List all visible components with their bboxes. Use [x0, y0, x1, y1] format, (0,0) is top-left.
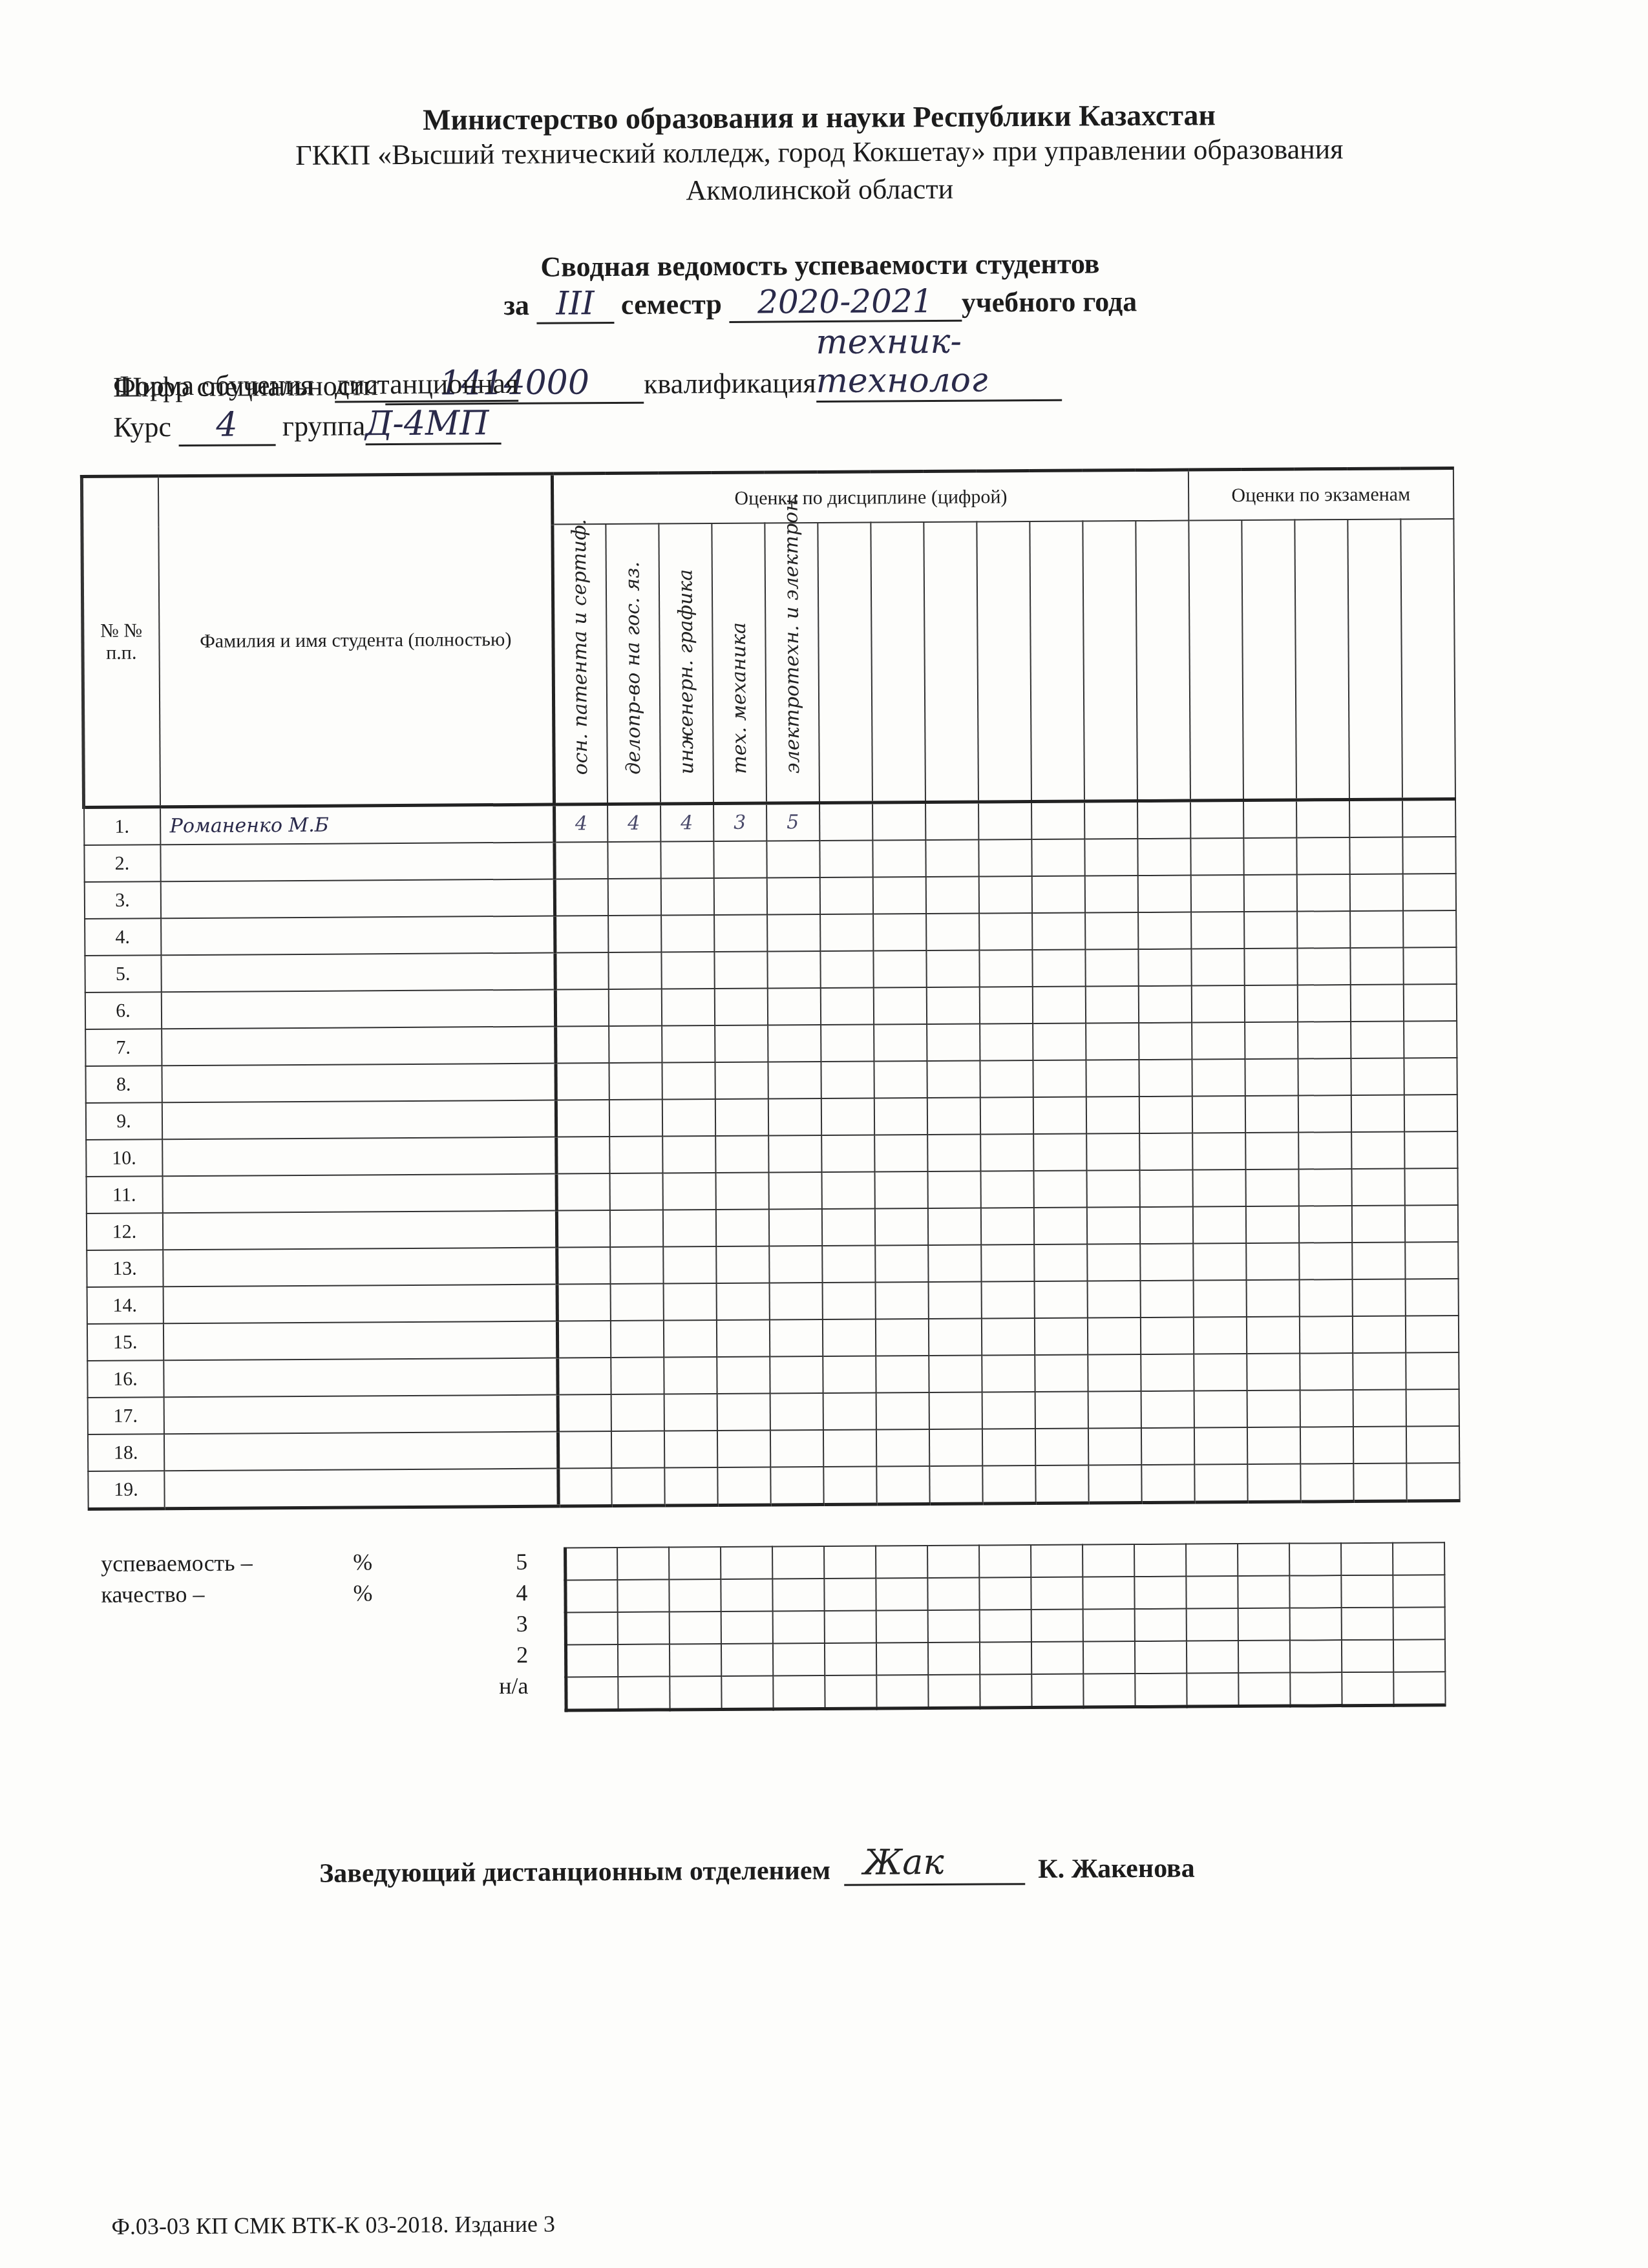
- student-name-cell[interactable]: [164, 1469, 558, 1509]
- grade-cell[interactable]: [555, 952, 608, 989]
- summary-cell[interactable]: [1186, 1544, 1238, 1576]
- grade-cell[interactable]: [609, 1210, 662, 1247]
- grade-cell[interactable]: [874, 1024, 927, 1061]
- grade-cell[interactable]: [608, 916, 661, 952]
- grade-cell[interactable]: [1245, 1133, 1298, 1170]
- grade-cell[interactable]: [823, 1430, 876, 1467]
- grade-cell[interactable]: [664, 1357, 717, 1394]
- grade-cell[interactable]: [1192, 1133, 1245, 1170]
- grade-cell[interactable]: [875, 1319, 928, 1356]
- grade-cell[interactable]: [717, 1431, 770, 1467]
- grade-cell[interactable]: [1035, 1465, 1088, 1504]
- grade-cell[interactable]: [874, 1061, 927, 1098]
- student-name-cell[interactable]: [163, 1321, 557, 1361]
- summary-cell[interactable]: [721, 1644, 773, 1676]
- grade-cell[interactable]: [1191, 912, 1244, 949]
- grade-cell[interactable]: [715, 1099, 768, 1136]
- summary-cell[interactable]: [1393, 1542, 1445, 1575]
- grade-cell[interactable]: [874, 1098, 927, 1135]
- grade-cell[interactable]: [1297, 948, 1350, 985]
- grade-cell[interactable]: [1192, 1096, 1245, 1133]
- summary-cell[interactable]: [1238, 1608, 1289, 1641]
- grade-cell[interactable]: [1299, 1279, 1352, 1316]
- grade-cell[interactable]: [609, 1063, 662, 1100]
- grade-cell[interactable]: [1349, 799, 1402, 837]
- grade-cell[interactable]: [1141, 1391, 1194, 1429]
- grade-cell[interactable]: [607, 842, 660, 879]
- summary-cell[interactable]: [980, 1642, 1031, 1674]
- grade-cell[interactable]: [1402, 799, 1455, 837]
- grade-cell[interactable]: [822, 1319, 875, 1357]
- grade-cell[interactable]: [1033, 1134, 1086, 1171]
- grade-cell[interactable]: [1296, 837, 1349, 874]
- grade-cell[interactable]: [558, 1431, 611, 1468]
- summary-cell[interactable]: [1186, 1608, 1238, 1641]
- grade-cell[interactable]: [715, 1136, 768, 1173]
- grade-cell[interactable]: [714, 915, 767, 952]
- grade-cell[interactable]: [1193, 1243, 1246, 1280]
- grade-cell[interactable]: [1350, 985, 1403, 1022]
- grade-cell[interactable]: [1031, 876, 1084, 913]
- grade-cell[interactable]: [1403, 984, 1456, 1022]
- grade-cell[interactable]: [821, 1098, 874, 1135]
- summary-cell[interactable]: [876, 1610, 927, 1643]
- student-name-cell[interactable]: [160, 843, 555, 882]
- grade-cell[interactable]: [872, 803, 925, 841]
- grade-cell[interactable]: [1137, 801, 1190, 839]
- grade-cell[interactable]: [1194, 1464, 1247, 1502]
- grade-cell[interactable]: [822, 1246, 875, 1283]
- grade-cell[interactable]: [1031, 801, 1084, 839]
- grade-cell[interactable]: [1402, 837, 1455, 874]
- summary-cell[interactable]: [1083, 1544, 1134, 1577]
- grade-cell[interactable]: [607, 879, 660, 916]
- grade-cell[interactable]: [872, 840, 925, 877]
- grade-cell[interactable]: [556, 1210, 609, 1247]
- summary-cell[interactable]: [1187, 1641, 1238, 1673]
- grade-cell[interactable]: [1244, 912, 1297, 949]
- student-name-cell[interactable]: [164, 1395, 558, 1434]
- grade-cell[interactable]: [661, 952, 714, 989]
- grade-cell[interactable]: [823, 1393, 876, 1431]
- grade-cell[interactable]: [1404, 1205, 1457, 1243]
- grade-cell[interactable]: [1403, 910, 1456, 948]
- grade-cell[interactable]: [982, 1355, 1035, 1392]
- qualification-field[interactable]: техник-технолог: [816, 322, 1062, 403]
- grade-cell[interactable]: [819, 803, 872, 841]
- grade-cell[interactable]: [1141, 1465, 1194, 1503]
- student-name-cell[interactable]: [161, 916, 555, 956]
- grade-cell[interactable]: [717, 1357, 770, 1394]
- grade-cell[interactable]: [664, 1394, 717, 1431]
- student-name-cell[interactable]: [162, 1137, 556, 1177]
- summary-cell[interactable]: [721, 1579, 772, 1612]
- grade-cell[interactable]: [823, 1467, 876, 1505]
- summary-cell[interactable]: [1238, 1544, 1289, 1576]
- summary-cell[interactable]: [1031, 1674, 1083, 1708]
- grade-cell[interactable]: [1300, 1427, 1353, 1464]
- grade-cell[interactable]: [1085, 912, 1138, 949]
- grade-cell[interactable]: [715, 1025, 768, 1062]
- grade-cell[interactable]: [557, 1321, 610, 1358]
- summary-cell[interactable]: [565, 1612, 617, 1644]
- grade-cell[interactable]: [1296, 874, 1349, 911]
- grade-cell[interactable]: [1406, 1389, 1459, 1427]
- summary-cell[interactable]: [669, 1612, 721, 1644]
- grade-cell[interactable]: [1086, 1170, 1139, 1207]
- grade-cell[interactable]: [874, 1208, 927, 1245]
- grade-cell[interactable]: [1298, 1058, 1351, 1095]
- grade-cell[interactable]: [1139, 1133, 1192, 1171]
- grade-cell[interactable]: [982, 1429, 1035, 1465]
- grade-cell[interactable]: [820, 914, 873, 951]
- grade-cell[interactable]: [769, 1283, 822, 1319]
- summary-cell[interactable]: [1134, 1609, 1186, 1641]
- grade-cell[interactable]: [821, 1209, 874, 1246]
- grade-cell[interactable]: [819, 841, 872, 877]
- grade-cell[interactable]: [876, 1392, 929, 1429]
- summary-cell[interactable]: [617, 1644, 669, 1676]
- summary-cell[interactable]: [1341, 1543, 1393, 1575]
- grade-cell[interactable]: [1406, 1316, 1459, 1353]
- grade-cell[interactable]: [981, 1318, 1034, 1355]
- grade-cell[interactable]: [1403, 947, 1456, 985]
- grade-cell[interactable]: [928, 1319, 981, 1356]
- grade-cell[interactable]: [1087, 1281, 1140, 1318]
- grade-cell[interactable]: [1244, 949, 1297, 985]
- grade-cell[interactable]: [979, 913, 1032, 950]
- grade-cell[interactable]: [767, 914, 820, 951]
- grade-cell[interactable]: [982, 1465, 1035, 1504]
- grade-cell[interactable]: [609, 1026, 662, 1063]
- grade-cell[interactable]: [874, 1135, 927, 1171]
- grade-cell[interactable]: [766, 841, 819, 877]
- summary-cell[interactable]: [721, 1676, 773, 1710]
- grade-cell[interactable]: [558, 1468, 611, 1506]
- grade-cell[interactable]: [610, 1247, 663, 1284]
- grade-cell[interactable]: [1300, 1353, 1353, 1391]
- grade-cell[interactable]: [1296, 800, 1349, 838]
- grade-cell[interactable]: 4: [607, 804, 660, 842]
- summary-cell[interactable]: [618, 1676, 670, 1710]
- grade-cell[interactable]: [1297, 985, 1350, 1022]
- summary-cell[interactable]: [1083, 1577, 1134, 1609]
- grade-cell[interactable]: [557, 1284, 610, 1321]
- grade-cell[interactable]: [557, 1247, 610, 1284]
- grade-cell[interactable]: [1138, 912, 1191, 950]
- grade-cell[interactable]: [717, 1394, 770, 1431]
- grade-cell[interactable]: [1086, 1060, 1139, 1097]
- grade-cell[interactable]: [661, 989, 714, 1025]
- grade-cell[interactable]: [715, 1210, 768, 1246]
- grade-cell[interactable]: [929, 1429, 982, 1466]
- grade-cell[interactable]: [1349, 874, 1402, 911]
- grade-cell[interactable]: [1247, 1354, 1300, 1391]
- grade-cell[interactable]: [978, 802, 1031, 840]
- grade-cell[interactable]: [1086, 1097, 1139, 1133]
- grade-cell[interactable]: [1034, 1281, 1087, 1318]
- grade-cell[interactable]: [1247, 1427, 1300, 1465]
- grade-cell[interactable]: [1086, 1133, 1139, 1170]
- grade-cell[interactable]: [555, 916, 608, 952]
- summary-cell[interactable]: [1083, 1641, 1135, 1674]
- summary-cell[interactable]: [1134, 1544, 1186, 1577]
- student-name-cell[interactable]: [164, 1358, 558, 1398]
- summary-cell[interactable]: [1031, 1577, 1083, 1610]
- summary-cell[interactable]: [669, 1644, 721, 1676]
- grade-cell[interactable]: [662, 1173, 715, 1210]
- grade-cell[interactable]: [926, 914, 979, 950]
- grade-cell[interactable]: [1139, 1207, 1192, 1244]
- grade-cell[interactable]: [823, 1356, 876, 1393]
- grade-cell[interactable]: [874, 1171, 927, 1208]
- summary-cell[interactable]: [617, 1612, 669, 1644]
- study-form-field[interactable]: дистанционная: [335, 367, 519, 403]
- grade-cell[interactable]: [1031, 839, 1084, 876]
- summary-cell[interactable]: [825, 1643, 876, 1675]
- grade-cell[interactable]: [1191, 985, 1244, 1022]
- grade-cell[interactable]: [556, 1063, 609, 1100]
- grade-cell[interactable]: [768, 1135, 821, 1172]
- grade-cell[interactable]: [610, 1321, 663, 1358]
- grade-cell[interactable]: [819, 877, 872, 914]
- summary-cell[interactable]: [669, 1547, 721, 1579]
- grade-cell[interactable]: [556, 1137, 609, 1173]
- grade-cell[interactable]: [979, 950, 1032, 987]
- summary-cell[interactable]: [824, 1611, 876, 1643]
- grade-cell[interactable]: [713, 878, 766, 915]
- grade-cell[interactable]: [1351, 1058, 1404, 1095]
- grade-cell[interactable]: 5: [766, 803, 819, 841]
- summary-cell[interactable]: [721, 1612, 772, 1644]
- grade-cell[interactable]: [1084, 876, 1137, 912]
- grade-cell[interactable]: [1192, 1059, 1245, 1096]
- grade-cell[interactable]: [662, 1099, 715, 1136]
- summary-cell[interactable]: [772, 1579, 824, 1611]
- grade-cell[interactable]: [609, 1100, 662, 1137]
- grade-cell[interactable]: [1353, 1353, 1406, 1390]
- grade-cell[interactable]: [766, 877, 819, 914]
- grade-cell[interactable]: [664, 1467, 717, 1506]
- grade-cell[interactable]: [1351, 1022, 1404, 1058]
- grade-cell[interactable]: [927, 1061, 980, 1098]
- grade-cell[interactable]: [821, 1172, 874, 1209]
- grade-cell[interactable]: [1351, 1095, 1404, 1132]
- summary-cell[interactable]: [721, 1547, 772, 1579]
- summary-cell[interactable]: [565, 1548, 617, 1580]
- grade-cell[interactable]: [769, 1246, 822, 1283]
- summary-cell[interactable]: [927, 1546, 979, 1578]
- grade-cell[interactable]: [1353, 1464, 1406, 1502]
- grade-cell[interactable]: [1243, 875, 1296, 912]
- summary-cell[interactable]: [1031, 1545, 1083, 1577]
- grade-cell[interactable]: [1088, 1465, 1141, 1503]
- summary-cell[interactable]: [928, 1675, 980, 1708]
- grade-cell[interactable]: [611, 1431, 664, 1468]
- summary-cell[interactable]: [876, 1546, 927, 1578]
- group-field[interactable]: Д-4МП: [365, 404, 501, 445]
- grade-cell[interactable]: [820, 951, 873, 988]
- grade-cell[interactable]: [1140, 1318, 1193, 1355]
- grade-cell[interactable]: [768, 1062, 821, 1098]
- grade-cell[interactable]: [1032, 913, 1085, 950]
- grade-cell[interactable]: [608, 989, 661, 1026]
- grade-cell[interactable]: [768, 1209, 821, 1246]
- grade-cell[interactable]: [555, 842, 607, 879]
- grade-cell[interactable]: [609, 1137, 662, 1173]
- grade-cell[interactable]: [1404, 1021, 1457, 1058]
- grade-cell[interactable]: [1405, 1279, 1458, 1316]
- grade-cell[interactable]: [1352, 1279, 1405, 1316]
- grade-cell[interactable]: [820, 988, 873, 1025]
- student-name-cell[interactable]: [162, 1100, 556, 1140]
- grade-cell[interactable]: [1246, 1280, 1299, 1317]
- grade-cell[interactable]: [558, 1358, 611, 1395]
- summary-cell[interactable]: [979, 1610, 1031, 1642]
- grade-cell[interactable]: [1141, 1428, 1194, 1465]
- grade-cell[interactable]: [1245, 1022, 1298, 1059]
- grade-cell[interactable]: [1192, 1206, 1245, 1243]
- grade-cell[interactable]: [1137, 876, 1190, 913]
- grade-cell[interactable]: [717, 1467, 770, 1506]
- summary-cell[interactable]: [928, 1643, 980, 1675]
- grade-cell[interactable]: [928, 1245, 981, 1282]
- student-name-cell[interactable]: [162, 1211, 556, 1250]
- student-name-cell[interactable]: [161, 990, 555, 1029]
- grade-cell[interactable]: [1190, 801, 1243, 839]
- grade-cell[interactable]: [929, 1392, 982, 1429]
- grade-cell[interactable]: [1035, 1355, 1088, 1392]
- summary-cell[interactable]: [1290, 1640, 1342, 1672]
- grade-cell[interactable]: [873, 914, 926, 950]
- summary-cell[interactable]: [1238, 1576, 1289, 1608]
- grade-cell[interactable]: [876, 1466, 929, 1504]
- grade-cell[interactable]: [664, 1431, 717, 1468]
- summary-cell[interactable]: [669, 1579, 721, 1612]
- grade-cell[interactable]: [1298, 1022, 1351, 1058]
- student-name-cell[interactable]: [162, 1174, 556, 1213]
- summary-cell[interactable]: [565, 1644, 617, 1677]
- grade-cell[interactable]: [1137, 839, 1190, 876]
- student-name-cell[interactable]: [164, 1432, 558, 1471]
- grade-cell[interactable]: [1245, 1059, 1298, 1096]
- grade-cell[interactable]: [1190, 875, 1243, 912]
- grade-cell[interactable]: [927, 1098, 980, 1135]
- grade-cell[interactable]: 4: [660, 804, 713, 842]
- grade-cell[interactable]: [1404, 1095, 1457, 1132]
- grade-cell[interactable]: [716, 1283, 769, 1320]
- grade-cell[interactable]: [1140, 1281, 1193, 1318]
- grade-cell[interactable]: [1298, 1169, 1351, 1206]
- grade-cell[interactable]: [555, 989, 608, 1026]
- grade-cell[interactable]: [1032, 950, 1085, 987]
- summary-cell[interactable]: [1289, 1608, 1341, 1640]
- summary-cell[interactable]: [824, 1579, 876, 1611]
- grade-cell[interactable]: [978, 876, 1031, 913]
- grade-cell[interactable]: [609, 1173, 662, 1210]
- grade-cell[interactable]: [611, 1394, 664, 1432]
- grade-cell[interactable]: [925, 840, 978, 877]
- summary-cell[interactable]: [1341, 1575, 1393, 1608]
- grade-cell[interactable]: [928, 1282, 981, 1319]
- summary-cell[interactable]: [927, 1610, 979, 1643]
- grade-cell[interactable]: [716, 1320, 769, 1357]
- grade-cell[interactable]: [1243, 800, 1296, 838]
- grade-cell[interactable]: [767, 988, 820, 1025]
- grade-cell[interactable]: [926, 950, 979, 987]
- grade-cell[interactable]: [556, 1173, 609, 1210]
- grade-cell[interactable]: [1300, 1316, 1353, 1353]
- grade-cell[interactable]: [1406, 1426, 1459, 1464]
- grade-cell[interactable]: [608, 952, 661, 989]
- grade-cell[interactable]: [662, 1136, 715, 1173]
- summary-cell[interactable]: [1393, 1672, 1446, 1705]
- student-name-cell[interactable]: Романенко М.Б: [160, 804, 555, 845]
- grade-cell[interactable]: [980, 1097, 1033, 1134]
- summary-cell[interactable]: [1135, 1641, 1187, 1674]
- grade-cell[interactable]: [662, 1025, 715, 1062]
- grade-cell[interactable]: [1190, 838, 1243, 875]
- grade-cell[interactable]: [1139, 1170, 1192, 1208]
- summary-cell[interactable]: [1393, 1607, 1445, 1639]
- grade-cell[interactable]: [1298, 1132, 1351, 1169]
- grade-cell[interactable]: [770, 1467, 823, 1505]
- grade-cell[interactable]: [929, 1356, 982, 1393]
- grade-cell[interactable]: [714, 989, 767, 1025]
- grade-cell[interactable]: [822, 1283, 875, 1319]
- summary-cell[interactable]: [1083, 1674, 1135, 1707]
- grade-cell[interactable]: [1035, 1392, 1088, 1429]
- grade-cell[interactable]: [1192, 1170, 1245, 1206]
- grade-cell[interactable]: [1406, 1463, 1459, 1501]
- grade-cell[interactable]: [715, 1173, 768, 1210]
- grade-cell[interactable]: [663, 1246, 716, 1283]
- grade-cell[interactable]: [1194, 1427, 1247, 1464]
- grade-cell[interactable]: [1032, 987, 1085, 1024]
- grade-cell[interactable]: [929, 1466, 982, 1504]
- grade-cell[interactable]: [1085, 949, 1138, 986]
- grade-cell[interactable]: 3: [713, 803, 766, 841]
- grade-cell[interactable]: [660, 841, 713, 878]
- grade-cell[interactable]: [1194, 1354, 1247, 1391]
- summary-cell[interactable]: [876, 1578, 927, 1610]
- grade-cell[interactable]: [1353, 1390, 1406, 1427]
- grade-cell[interactable]: [875, 1282, 928, 1319]
- grade-cell[interactable]: [873, 987, 926, 1024]
- grade-cell[interactable]: [927, 1208, 980, 1245]
- summary-cell[interactable]: [566, 1677, 618, 1710]
- grade-cell[interactable]: [1033, 1060, 1086, 1097]
- grade-cell[interactable]: [1138, 949, 1191, 987]
- grade-cell[interactable]: [982, 1392, 1035, 1429]
- grade-cell[interactable]: [1353, 1316, 1406, 1353]
- summary-cell[interactable]: [824, 1546, 876, 1579]
- academic-year-field[interactable]: 2020-2021: [729, 282, 962, 323]
- student-name-cell[interactable]: [160, 879, 555, 919]
- summary-cell[interactable]: [1238, 1673, 1290, 1706]
- grade-cell[interactable]: [1245, 1170, 1298, 1206]
- grade-cell[interactable]: [1086, 1023, 1139, 1060]
- grade-cell[interactable]: [1139, 1060, 1192, 1097]
- summary-cell[interactable]: [772, 1546, 824, 1579]
- grade-cell[interactable]: [1084, 801, 1137, 839]
- grade-cell[interactable]: [1349, 837, 1402, 874]
- summary-cell[interactable]: [1187, 1673, 1238, 1706]
- summary-cell[interactable]: [1031, 1642, 1083, 1674]
- grade-cell[interactable]: [768, 1098, 821, 1135]
- grade-cell[interactable]: [872, 877, 925, 914]
- grade-cell[interactable]: [1033, 1024, 1086, 1060]
